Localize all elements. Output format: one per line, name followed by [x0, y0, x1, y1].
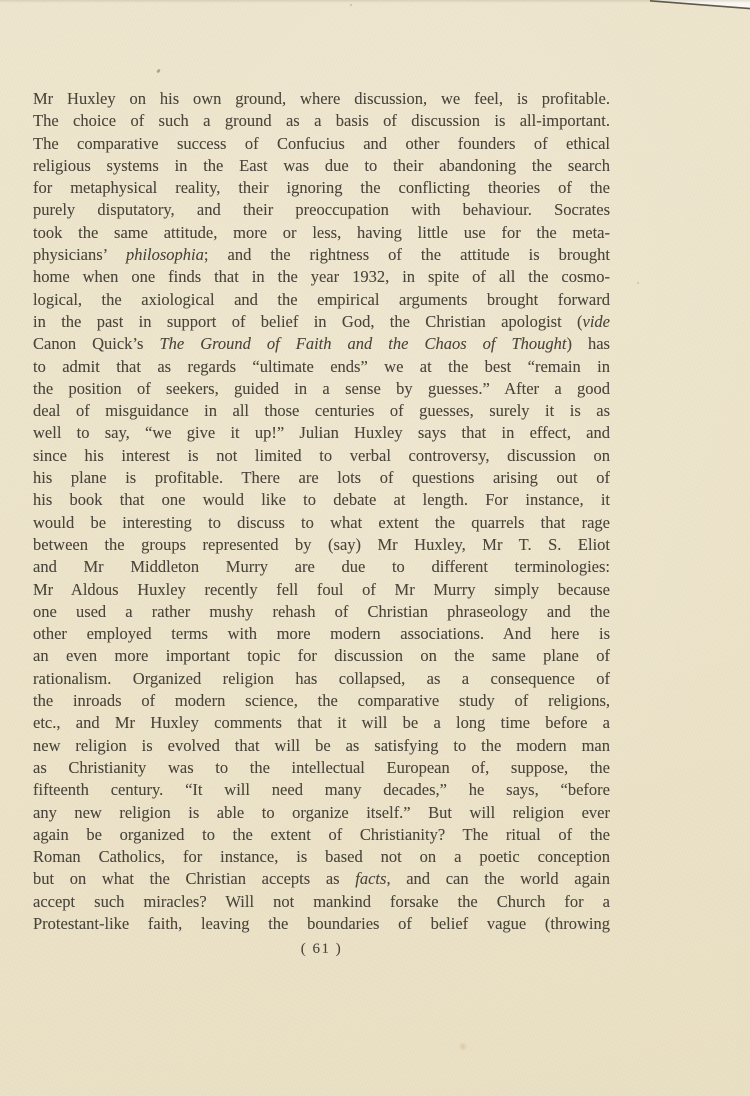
- text-segment: his book that one would like to debate a…: [33, 490, 610, 509]
- text-line: the inroads of modern science, the compa…: [33, 690, 610, 712]
- text-line: The choice of such a ground as a basis o…: [33, 110, 610, 132]
- text-line: took the same attitude, more or less, ha…: [33, 222, 610, 244]
- text-segment: , and can the world again: [386, 869, 610, 888]
- text-segment: for metaphysical reality, their ignoring…: [33, 178, 610, 197]
- text-line: purely disputatory, and their preoccupat…: [33, 199, 610, 221]
- text-segment: as Christianity was to the intellectual …: [33, 758, 610, 777]
- text-segment: but on what the Christian accepts as: [33, 869, 355, 888]
- text-segment: would be interesting to discuss to what …: [33, 513, 610, 532]
- text-segment: other employed terms with more modern as…: [33, 624, 610, 643]
- text-segment: ) has: [566, 334, 610, 353]
- text-segment: The choice of such a ground as a basis o…: [33, 111, 610, 130]
- paper-stain: [458, 1042, 468, 1051]
- text-line: Protestant-like faith, leaving the bound…: [33, 913, 610, 935]
- text-segment: accept such miracles? Will not mankind f…: [33, 892, 610, 911]
- text-line: any new religion is able to organize its…: [33, 802, 610, 824]
- text-segment: his plane is profitable. There are lots …: [33, 468, 610, 487]
- page-text-block: Mr Huxley on his own ground, where discu…: [33, 88, 610, 935]
- text-line: home when one finds that in the year 193…: [33, 266, 610, 288]
- text-segment: well to say, “we give it up!” Julian Hux…: [33, 423, 610, 442]
- paper-speck: [637, 282, 639, 284]
- text-segment: ; and the rightness of the attitude is b…: [204, 245, 610, 264]
- text-line: The comparative success of Confucius and…: [33, 133, 610, 155]
- text-line: Roman Catholics, for instance, is based …: [33, 846, 610, 868]
- text-segment: in the past in support of belief in God,…: [33, 312, 583, 331]
- text-segment: any new religion is able to organize its…: [33, 803, 610, 822]
- text-line: physicians’ philosophia; and the rightne…: [33, 244, 610, 266]
- text-segment: and Mr Middleton Murry are due to differ…: [33, 557, 610, 576]
- text-segment: etc., and Mr Huxley comments that it wil…: [33, 713, 610, 732]
- italic-text-segment: philosophia: [126, 245, 204, 264]
- text-line: Mr Aldous Huxley recently fell foul of M…: [33, 579, 610, 601]
- text-line: deal of misguidance in all those centuri…: [33, 400, 610, 422]
- text-line: logical, the axiological and the empiric…: [33, 289, 610, 311]
- text-segment: an even more important topic for discuss…: [33, 646, 610, 665]
- text-line: since his interest is not limited to ver…: [33, 445, 610, 467]
- text-line: his plane is profitable. There are lots …: [33, 467, 610, 489]
- paper-speck: [156, 69, 160, 74]
- text-segment: logical, the axiological and the empiric…: [33, 290, 610, 309]
- text-line: Canon Quick’s The Ground of Faith and th…: [33, 333, 610, 355]
- text-segment: to admit that as regards “ultimate ends”…: [33, 357, 610, 376]
- text-line: to admit that as regards “ultimate ends”…: [33, 356, 610, 378]
- text-segment: The comparative success of Confucius and…: [33, 134, 610, 153]
- text-line: well to say, “we give it up!” Julian Hux…: [33, 422, 610, 444]
- text-line: but on what the Christian accepts as fac…: [33, 868, 610, 890]
- text-segment: Mr Huxley on his own ground, where discu…: [33, 89, 610, 108]
- text-segment: the inroads of modern science, the compa…: [33, 691, 610, 710]
- text-segment: Canon Quick’s: [33, 334, 159, 353]
- book-page: Mr Huxley on his own ground, where discu…: [0, 0, 750, 1096]
- text-line: religious systems in the East was due to…: [33, 155, 610, 177]
- text-line: one used a rather mushy rehash of Christ…: [33, 601, 610, 623]
- italic-text-segment: facts: [355, 869, 386, 888]
- text-segment: deal of misguidance in all those centuri…: [33, 401, 610, 420]
- text-line: in the past in support of belief in God,…: [33, 311, 610, 333]
- text-segment: home when one finds that in the year 193…: [33, 267, 610, 286]
- page-number: ( 61 ): [33, 941, 610, 958]
- text-line: as Christianity was to the intellectual …: [33, 757, 610, 779]
- text-segment: the position of seekers, guided in a sen…: [33, 379, 610, 398]
- text-line: fifteenth century. “It will need many de…: [33, 779, 610, 801]
- text-segment: Protestant-like faith, leaving the bound…: [33, 914, 610, 933]
- text-segment: fifteenth century. “It will need many de…: [33, 780, 610, 799]
- text-segment: again be organized to the extent of Chri…: [33, 825, 610, 844]
- text-segment: religious systems in the East was due to…: [33, 156, 610, 175]
- text-segment: Mr Aldous Huxley recently fell foul of M…: [33, 580, 610, 599]
- scan-corner-artifact: [650, 0, 750, 10]
- text-line: Mr Huxley on his own ground, where discu…: [33, 88, 610, 110]
- text-line: new religion is evolved that will be as …: [33, 735, 610, 757]
- text-line: and Mr Middleton Murry are due to differ…: [33, 556, 610, 578]
- text-line: an even more important topic for discuss…: [33, 645, 610, 667]
- text-line: his book that one would like to debate a…: [33, 489, 610, 511]
- text-line: etc., and Mr Huxley comments that it wil…: [33, 712, 610, 734]
- text-segment: took the same attitude, more or less, ha…: [33, 223, 610, 242]
- paper-speck: [350, 4, 352, 6]
- text-segment: purely disputatory, and their preoccupat…: [33, 200, 610, 219]
- text-segment: new religion is evolved that will be as …: [33, 736, 610, 755]
- text-line: between the groups represented by (say) …: [33, 534, 610, 556]
- text-line: for metaphysical reality, their ignoring…: [33, 177, 610, 199]
- text-line: would be interesting to discuss to what …: [33, 512, 610, 534]
- text-line: rationalism. Organized religion has coll…: [33, 668, 610, 690]
- text-segment: between the groups represented by (say) …: [33, 535, 610, 554]
- text-segment: one used a rather mushy rehash of Christ…: [33, 602, 610, 621]
- text-segment: since his interest is not limited to ver…: [33, 446, 610, 465]
- text-line: accept such miracles? Will not mankind f…: [33, 891, 610, 913]
- italic-text-segment: The Ground of Faith and the Chaos of Tho…: [159, 334, 566, 353]
- text-line: again be organized to the extent of Chri…: [33, 824, 610, 846]
- text-line: other employed terms with more modern as…: [33, 623, 610, 645]
- italic-text-segment: vide: [583, 312, 610, 331]
- text-segment: rationalism. Organized religion has coll…: [33, 669, 610, 688]
- text-segment: Roman Catholics, for instance, is based …: [33, 847, 610, 866]
- text-line: the position of seekers, guided in a sen…: [33, 378, 610, 400]
- text-segment: physicians’: [33, 245, 126, 264]
